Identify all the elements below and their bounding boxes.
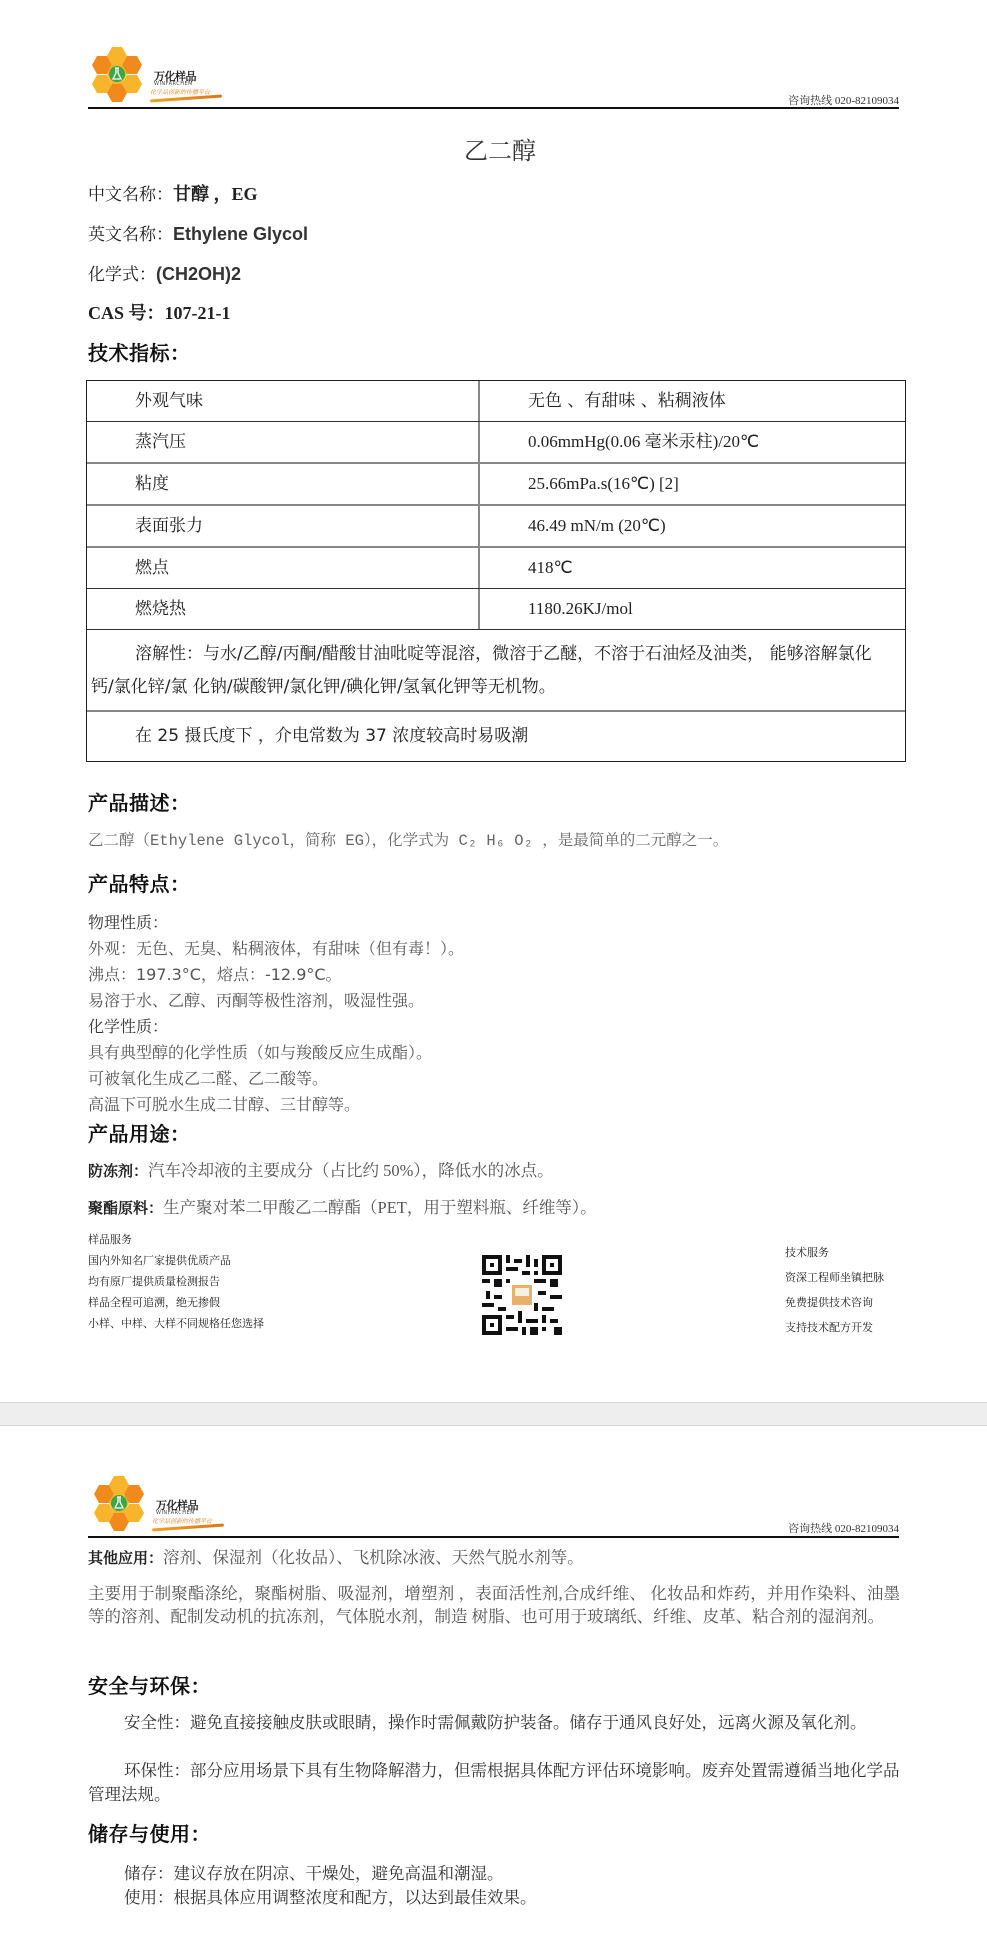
spec-value: 46.49 mN/m (20℃) xyxy=(480,506,905,546)
spec-name: 表面张力 xyxy=(87,506,480,546)
storage-heading: 储存与使用： xyxy=(88,1818,211,1847)
features-heading: 产品特点： xyxy=(88,868,191,897)
english-name-label: 英文名称： xyxy=(88,225,173,245)
spec-name: 燃点 xyxy=(87,548,480,588)
spec-value: 1180.26KJ/mol xyxy=(480,589,905,629)
use-text: 汽车冷却液的主要成分（占比约 50%），降低水的冰点。 xyxy=(148,1161,554,1180)
page-title: 乙二醇 xyxy=(0,131,987,166)
table-row-solubility: 溶解性：与水/乙醇/丙酮/醋酸甘油吡啶等混溶，微溶于乙醚，不溶于石油烃及油类， … xyxy=(87,629,905,710)
other-uses: 其他应用：溶剂、保湿剂（化妆品）、飞机除冰液、天然气脱水剂等。 xyxy=(88,1546,900,1570)
physical-property: 沸点：197.3°C，熔点：-12.9°C。 xyxy=(88,962,342,985)
spec-name: 外观气味 xyxy=(87,381,480,421)
cas-field: CAS 号：107-21-1 xyxy=(88,299,231,325)
environment-text: 环保性：部分应用场景下具有生物降解潜力，但需根据具体配方评估环境影响。废弃处置需… xyxy=(88,1759,900,1807)
solubility-text: 溶解性：与水/乙醇/丙酮/醋酸甘油吡啶等混溶，微溶于乙醚，不溶于石油烃及油类， … xyxy=(87,630,905,710)
qr-code xyxy=(482,1255,562,1335)
formula-label: 化学式： xyxy=(88,265,156,285)
logo-slogan: 化学品创新的传播平台 xyxy=(150,87,210,96)
usage-text: 使用：根据具体应用调整浓度和配方，以达到最佳效果。 xyxy=(124,1886,936,1910)
spec-name: 蒸汽压 xyxy=(87,422,480,462)
safety-text: 安全性：避免直接接触皮肤或眼睛，操作时需佩戴防护装备。储存于通风良好处，远离火源… xyxy=(88,1711,900,1735)
use-item-antifreeze: 防冻剂：汽车冷却液的主要成分（占比约 50%），降低水的冰点。 xyxy=(88,1159,900,1183)
formula-field: 化学式：(CH2OH)2 xyxy=(88,260,241,285)
spec-value: 无色 、有甜味 、粘稠液体 xyxy=(480,381,905,421)
sample-service-item: 小样、中样、大样不同规格任您选择 xyxy=(88,1313,264,1334)
chemical-property: 可被氧化生成乙二醛、乙二酸等。 xyxy=(88,1066,328,1089)
chemical-property: 具有典型醇的化学性质（如与羧酸反应生成酯）。 xyxy=(88,1040,432,1063)
sample-service-list: 样品服务 国内外知名厂家提供优质产品 均有原厂提供质量检测报告 样品全程可追溯，… xyxy=(88,1229,264,1334)
use-label: 防冻剂： xyxy=(88,1162,148,1180)
cas-value: 107-21-1 xyxy=(165,303,231,323)
table-row: 蒸汽压 0.06mmHg(0.06 毫米汞柱)/20℃ xyxy=(87,421,905,462)
use-text: 生产聚对苯二甲酸乙二醇酯（PET，用于塑料瓶、纤维等）。 xyxy=(163,1198,597,1217)
dielectric-text: 在 25 摄氏度下 ，介电常数为 37 浓度较高时易吸潮 xyxy=(87,712,905,761)
description-text: 乙二醇（Ethylene Glycol，简称 EG），化学式为 C₂ H₆ O₂… xyxy=(88,828,900,850)
formula-value: (CH2OH)2 xyxy=(156,264,241,284)
company-logo: 万化样品 WINFARCHEM 化学品创新的传播平台 xyxy=(94,1475,234,1537)
storage-text: 储存：建议存放在阴凉、干燥处，避免高温和潮湿。 xyxy=(124,1862,936,1886)
sample-service-item: 国内外知名厂家提供优质产品 xyxy=(88,1250,264,1271)
qr-code-icon xyxy=(482,1255,562,1335)
hotline: 咨询热线 020-82109034 xyxy=(788,92,899,108)
other-uses-text: 溶剂、保湿剂（化妆品）、飞机除冰液、天然气脱水剂等。 xyxy=(163,1548,584,1567)
page-separator xyxy=(0,1402,987,1426)
physical-properties-label: 物理性质： xyxy=(88,910,168,933)
main-uses-paragraph: 主要用于制聚酯涤纶，聚酯树脂、吸湿剂，增塑剂 ，表面活性剂,合成纤维、 化妆品和… xyxy=(88,1582,900,1628)
tech-service-item: 资深工程师坐镇把脉 xyxy=(785,1265,884,1290)
cas-label: CAS 号： xyxy=(88,303,165,323)
spec-name: 燃烧热 xyxy=(87,589,480,629)
physical-property: 易溶于水、乙醇、丙酮等极性溶剂，吸湿性强。 xyxy=(88,988,424,1011)
honeycomb-logo-icon xyxy=(94,1475,152,1533)
table-row: 表面张力 46.49 mN/m (20℃) xyxy=(87,504,905,546)
english-name-value: Ethylene Glycol xyxy=(173,224,308,244)
tech-spec-table: 外观气味 无色 、有甜味 、粘稠液体 蒸汽压 0.06mmHg(0.06 毫米汞… xyxy=(86,380,906,762)
tech-service-title: 技术服务 xyxy=(785,1240,884,1265)
table-row-dielectric: 在 25 摄氏度下 ，介电常数为 37 浓度较高时易吸潮 xyxy=(87,710,905,761)
table-row: 燃烧热 1180.26KJ/mol xyxy=(87,588,905,629)
tech-service-list: 技术服务 资深工程师坐镇把脉 免费提供技术咨询 支持技术配方开发 xyxy=(785,1240,884,1340)
spec-value: 25.66mPa.s(16℃) [2] xyxy=(480,464,905,504)
other-uses-label: 其他应用： xyxy=(88,1549,163,1567)
description-heading: 产品描述： xyxy=(88,787,191,816)
table-row: 燃点 418℃ xyxy=(87,546,905,588)
spec-value: 0.06mmHg(0.06 毫米汞柱)/20℃ xyxy=(480,422,905,462)
sample-service-title: 样品服务 xyxy=(88,1229,264,1250)
physical-property: 外观：无色、无臭、粘稠液体，有甜味（但有毒！）。 xyxy=(88,936,464,959)
header-rule xyxy=(88,1536,899,1538)
spec-value: 418℃ xyxy=(480,548,905,588)
chinese-name-value: 甘醇 ，EG xyxy=(173,184,258,204)
header-rule xyxy=(88,107,899,109)
logo-slogan: 化学品创新的传播平台 xyxy=(152,1516,212,1525)
tech-service-item: 免费提供技术咨询 xyxy=(785,1290,884,1315)
chemical-property: 高温下可脱水生成二甘醇、三甘醇等。 xyxy=(88,1092,360,1115)
safety-heading: 安全与环保： xyxy=(88,1670,211,1699)
chinese-name-label: 中文名称： xyxy=(88,185,173,205)
sample-service-item: 样品全程可追溯，绝无掺假 xyxy=(88,1292,264,1313)
table-row: 粘度 25.66mPa.s(16℃) [2] xyxy=(87,462,905,504)
table-row: 外观气味 无色 、有甜味 、粘稠液体 xyxy=(87,381,905,421)
honeycomb-logo-icon xyxy=(92,46,150,104)
spec-name: 粘度 xyxy=(87,464,480,504)
english-name-field: 英文名称：Ethylene Glycol xyxy=(88,220,308,245)
sample-service-item: 均有原厂提供质量检测报告 xyxy=(88,1271,264,1292)
tech-service-item: 支持技术配方开发 xyxy=(785,1315,884,1340)
hotline: 咨询热线 020-82109034 xyxy=(788,1520,899,1536)
tech-spec-heading: 技术指标： xyxy=(88,337,191,366)
chinese-name-field: 中文名称：甘醇 ，EG xyxy=(88,180,258,206)
use-item-polyester: 聚酯原料：生产聚对苯二甲酸乙二醇酯（PET，用于塑料瓶、纤维等）。 xyxy=(88,1196,900,1220)
company-logo: 万化样品 WINFARCHEM 化学品创新的传播平台 xyxy=(92,46,232,108)
chemical-properties-label: 化学性质： xyxy=(88,1014,168,1037)
uses-heading: 产品用途： xyxy=(88,1118,191,1147)
use-label: 聚酯原料： xyxy=(88,1199,163,1217)
